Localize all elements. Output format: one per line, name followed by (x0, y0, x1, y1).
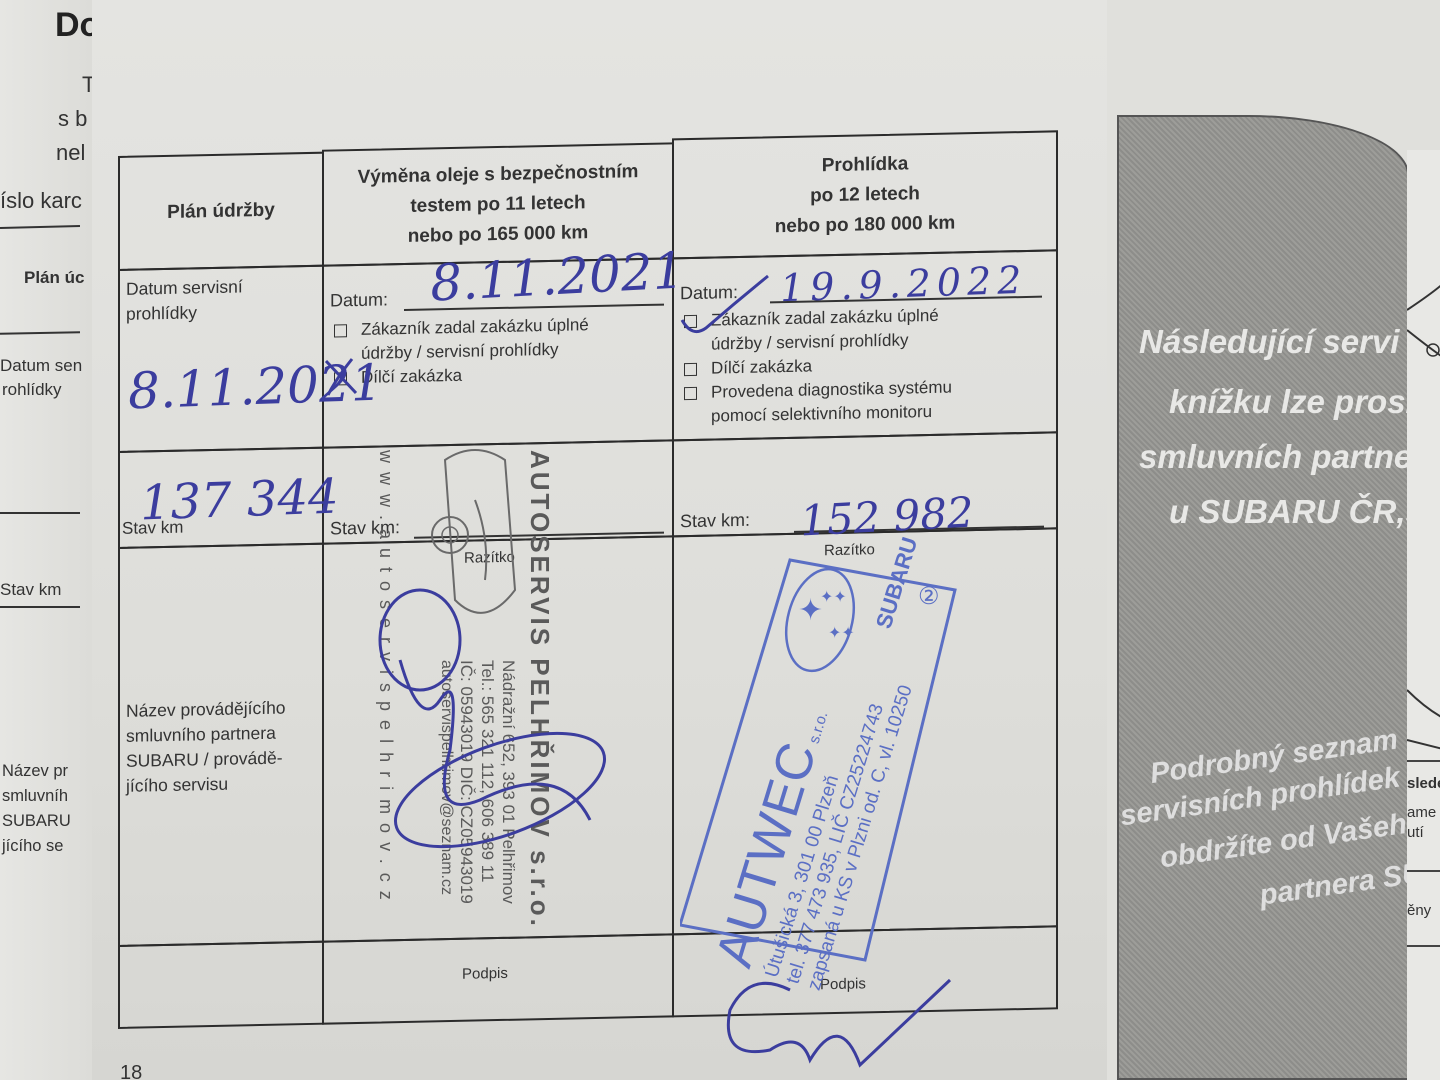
checkbox-unchecked-icon[interactable] (684, 387, 697, 400)
panel-top-line-1: Následující servi (1139, 322, 1399, 362)
left-rule (0, 225, 80, 229)
oil-date-label: Datum: (330, 289, 388, 311)
side-fragment-3: utí (1407, 824, 1424, 841)
header-insp-line-2: po 12 letech (810, 179, 920, 211)
left-rule (0, 512, 80, 514)
handwritten-row-km: 137 344 (139, 469, 339, 532)
row-date-line-2: prohlídky (126, 298, 316, 327)
oil-option-full-label: Zákazník zadal zakázku úplnéúdržby / ser… (361, 313, 589, 366)
left-partner-2: smluvníh (2, 787, 68, 806)
info-panel: Následující servi knížku lze prosl smluv… (1117, 115, 1409, 1080)
adjacent-page-strip: slede ame utí ěny (1407, 150, 1440, 1080)
header-insp-line-1: Prohlídka (822, 149, 909, 181)
left-partner-3: SUBARU (2, 812, 71, 831)
row-partner-line-4: jícího servisu (126, 770, 316, 799)
insp-option-partial-label: Dílčí zakázka (711, 354, 812, 380)
handwritten-insp-date: 19.9.2022 (779, 258, 1028, 311)
side-rule (1407, 870, 1440, 872)
header-oil-line-2: testem po 11 letech (410, 188, 585, 222)
header-inspection: Prohlídka po 12 letech nebo po 180 000 k… (672, 130, 1058, 259)
stamp-autwec: ✦ ✦✦ ✦✦ AUTWEC s.r.o. Útušická 3, 301 00… (690, 560, 970, 960)
side-fragment-1: slede (1407, 775, 1440, 792)
signature-autwec (710, 970, 970, 1080)
left-partner-1: Název pr (2, 762, 68, 781)
handwritten-insp-km: 152 982 (799, 487, 975, 545)
left-card-label: íslo karc (0, 188, 82, 214)
insp-option-diagnostics-label: Provedena diagnostika systémupomocí sele… (711, 376, 952, 429)
row-header-partner: Název provádějícího smluvního partnera S… (118, 543, 324, 947)
car-diagram-icon (1407, 270, 1440, 890)
signature-pelhrimov (360, 580, 620, 880)
side-fragment-4: ěny (1407, 902, 1431, 919)
left-km-label: Stav km (0, 580, 61, 600)
side-rule (1407, 760, 1440, 762)
left-line-3: nel (56, 140, 85, 166)
checkbox-unchecked-icon[interactable] (684, 363, 697, 376)
left-plan-label: Plán úc (24, 268, 84, 288)
side-fragment-2: ame (1407, 804, 1436, 821)
right-page: Následující servi knížku lze prosl smluv… (1107, 0, 1440, 1080)
panel-top-line-4: u SUBARU ČR,s (1169, 492, 1424, 532)
handwritten-x-mark (322, 355, 362, 399)
header-oil-line-1: Výměna oleje s bezpečnostním (358, 157, 639, 193)
left-partner-4: jícího se (2, 837, 63, 856)
header-plan: Plán údržby (118, 152, 324, 271)
side-rule (1407, 945, 1440, 947)
insp-km-label: Stav km: (680, 510, 750, 532)
panel-top-line-2: knížku lze prosl (1169, 382, 1415, 422)
left-page: Do T s b nel íslo karc Plán úc Datum sen… (0, 0, 92, 1080)
left-date-label-2: rohlídky (2, 380, 62, 400)
panel-top-line-3: smluvních partne (1139, 437, 1412, 477)
left-line-1: T (82, 72, 92, 98)
header-plan-label: Plán údržby (167, 195, 275, 227)
left-line-2: s b (58, 106, 87, 132)
left-date-label-1: Datum sen (0, 356, 82, 376)
handwritten-check-mark (676, 272, 776, 342)
checkbox-unchecked-icon[interactable] (334, 324, 347, 337)
stamp-number-mark: ② (918, 582, 940, 611)
row-header-signature (118, 941, 324, 1029)
left-rule (0, 331, 80, 334)
left-title-fragment: Do (55, 6, 92, 45)
left-rule (0, 606, 80, 608)
page-number: 18 (120, 1062, 142, 1080)
autwec-suffix: s.r.o. (806, 710, 832, 746)
header-insp-line-3: nebo po 180 000 km (775, 208, 956, 242)
insp-option-diagnostics[interactable]: Provedena diagnostika systémupomocí sele… (680, 373, 1050, 429)
header-oil-line-3: nebo po 165 000 km (408, 218, 589, 252)
